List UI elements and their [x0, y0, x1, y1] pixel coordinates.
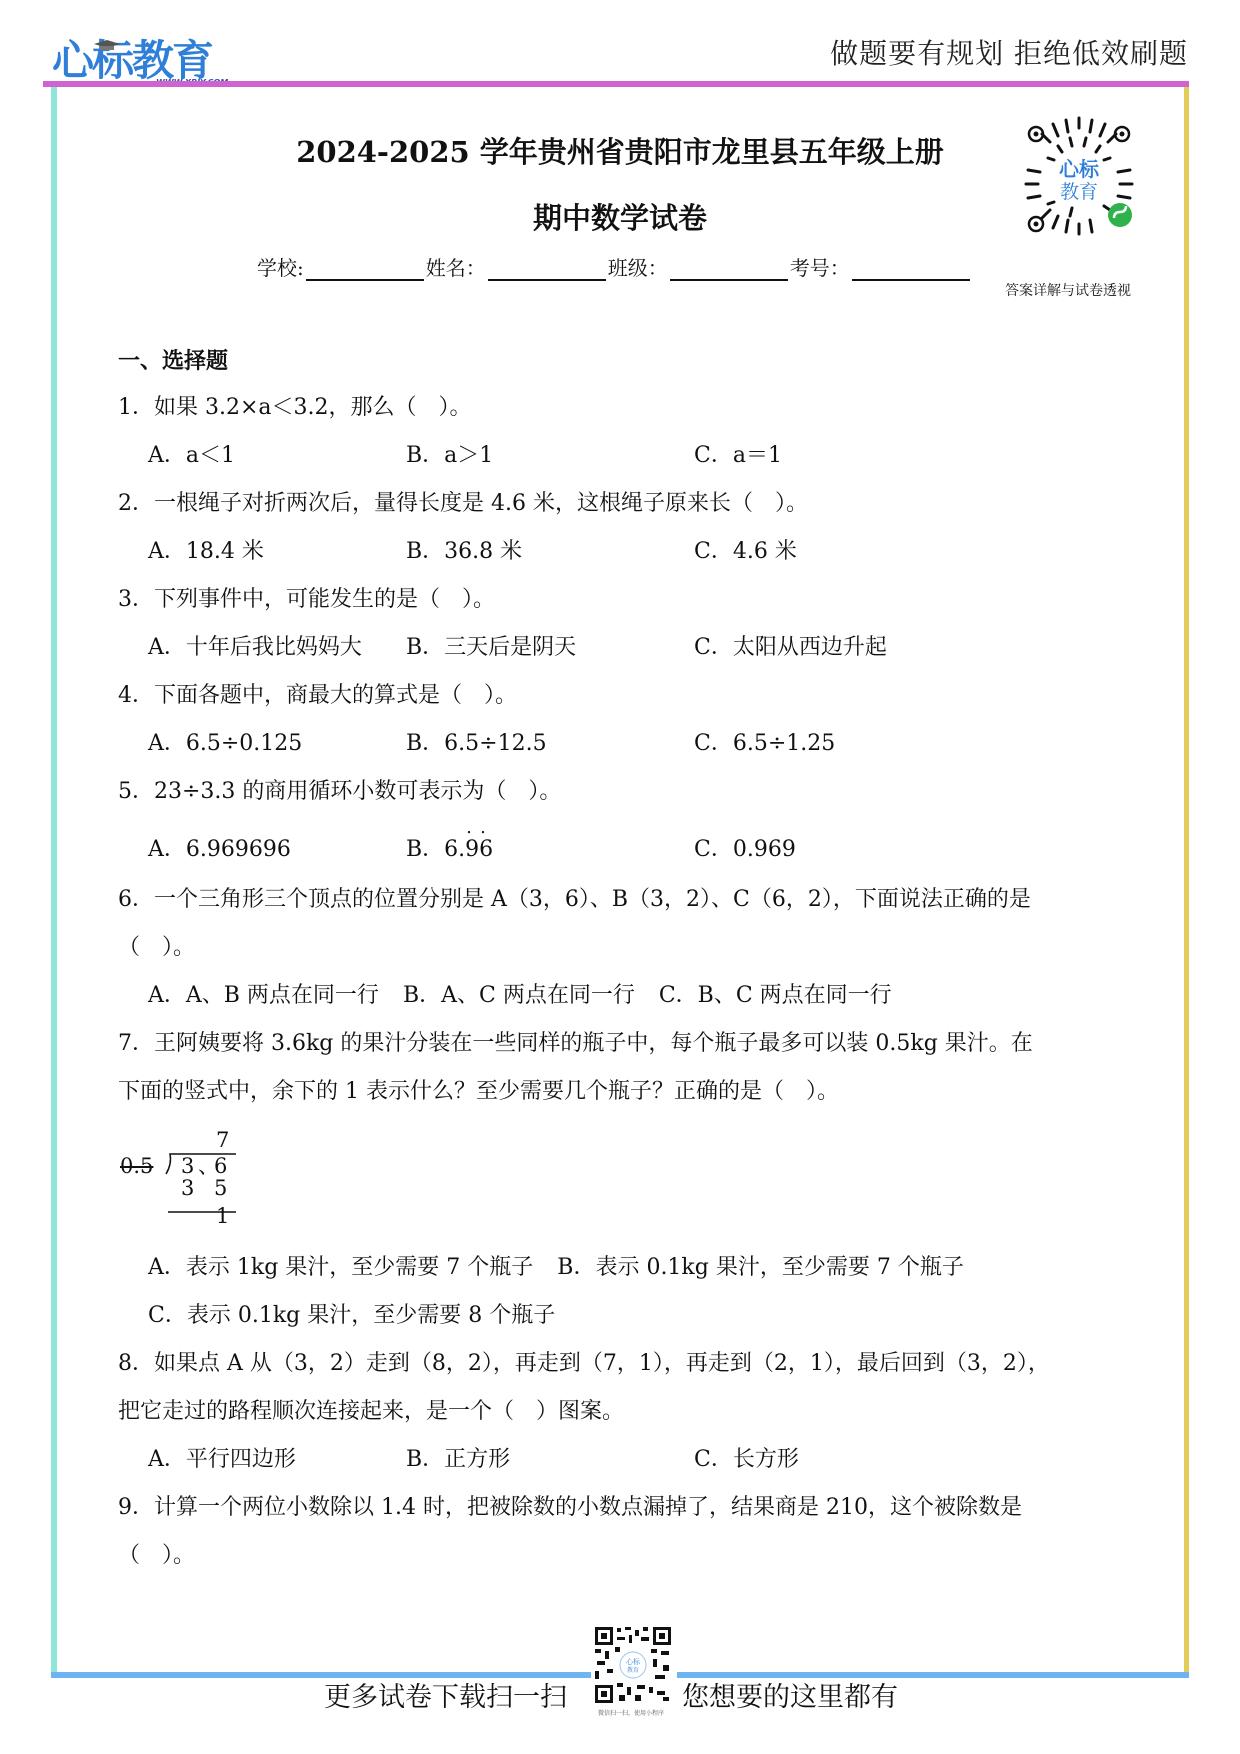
question-8-options: A．平行四边形 B．正方形 C．长方形 [118, 1436, 1138, 1484]
option-b[interactable]: B．正方形 [406, 1436, 694, 1484]
option-c[interactable]: C．B、C 两点在同一行 [659, 972, 892, 1020]
option-c[interactable]: C．太阳从西边升起 [694, 624, 887, 672]
option-b[interactable]: B．三天后是阴天 [406, 624, 694, 672]
option-c[interactable]: C．0.969 [694, 826, 796, 874]
option-b[interactable]: B．a＞1 [406, 432, 694, 480]
download-qr-code-icon[interactable]: 心标 教育 [593, 1625, 673, 1705]
question-7-options: A．表示 1kg 果汁，至少需要 7 个瓶子 B．表示 0.1kg 果汁，至少需… [118, 1244, 1138, 1292]
question-6: 6．一个三角形三个顶点的位置分别是 A（3，6）、B（3，2）、C（6，2），下… [118, 876, 1138, 924]
repeat-dot: 9 [465, 826, 479, 874]
question-7-options-row2: C．表示 0.1kg 果汁，至少需要 8 个瓶子 [118, 1292, 1138, 1340]
question-7-cont: 下面的竖式中，余下的 1 表示什么？至少需要几个瓶子？正确的是（ ）。 [118, 1068, 1138, 1116]
qr-caption: 答案详解与试卷透视 [1005, 280, 1131, 300]
question-5-options: A．6.969696 B．6.96 C．0.969 [118, 826, 1138, 874]
question-7: 7．王阿姨要将 3.6kg 的果汁分装在一些同样的瓶子中，每个瓶子最多可以装 0… [118, 1020, 1138, 1068]
question-3-options: A．十年后我比妈妈大 B．三天后是阴天 C．太阳从西边升起 [118, 624, 1138, 672]
question-9: 9．计算一个两位小数除以 1.4 时，把被除数的小数点漏掉了，结果商是 210，… [118, 1484, 1138, 1532]
repeat-dot: 6 [479, 826, 493, 874]
svg-text:教育: 教育 [627, 1666, 639, 1674]
school-field[interactable] [306, 257, 424, 281]
option-c[interactable]: C．长方形 [694, 1436, 799, 1484]
long-division-figure: 7 0.5 3 、 6 3 5 1 [118, 1120, 1138, 1228]
option-c[interactable]: C．表示 0.1kg 果汁，至少需要 8 个瓶子 [148, 1292, 555, 1340]
footer-left-text: 更多试卷下载扫一扫 [324, 1675, 567, 1714]
brand-logo: 心标教育 WWW.XBJY.COM [52, 28, 212, 84]
division-dividend-a: 3 [181, 1154, 194, 1178]
option-b[interactable]: B．36.8 米 [406, 528, 694, 576]
option-a[interactable]: A．6.969696 [148, 826, 406, 874]
option-c[interactable]: C．4.6 米 [694, 528, 797, 576]
question-6-options: A．A、B 两点在同一行 B．A、C 两点在同一行 C．B、C 两点在同一行 [118, 972, 1138, 1020]
question-8: 8．如果点 A 从（3，2）走到（8，2），再走到（7，1），再走到（2，1），… [118, 1340, 1138, 1388]
option-a[interactable]: A．A、B 两点在同一行 [148, 972, 379, 1020]
name-label: 姓名： [426, 252, 486, 281]
division-quotient: 7 [216, 1128, 229, 1152]
student-info-row: 学校: 姓名： 班级： 考号： [257, 252, 972, 281]
question-1-options: A．a＜1 B．a＞1 C．a＝1 [118, 432, 1138, 480]
question-9-cont: （ ）。 [118, 1532, 1138, 1580]
question-2: 2．一根绳子对折两次后，量得长度是 4.6 米，这根绳子原来长（ ）。 [118, 480, 1138, 528]
class-label: 班级： [608, 252, 668, 281]
option-a[interactable]: A．6.5÷0.125 [148, 720, 406, 768]
option-a[interactable]: A．十年后我比妈妈大 [148, 624, 406, 672]
option-a[interactable]: A．a＜1 [148, 432, 406, 480]
svg-text:心标: 心标 [626, 1657, 641, 1666]
exam-number-label: 考号： [790, 252, 850, 281]
option-a[interactable]: A．18.4 米 [148, 528, 406, 576]
header-slogan: 做题要有规划 拒绝低效刷题 [830, 32, 1188, 72]
option-a[interactable]: A．平行四边形 [148, 1436, 406, 1484]
question-8-cont: 把它走过的路程顺次连接起来，是一个（ ）图案。 [118, 1388, 1138, 1436]
division-divisor: 0.5 [120, 1154, 153, 1178]
section-title: 一、选择题 [118, 340, 1138, 384]
exam-number-field[interactable] [852, 257, 970, 281]
question-3: 3．下列事件中，可能发生的是（ ）。 [118, 576, 1138, 624]
option-a[interactable]: A．表示 1kg 果汁，至少需要 7 个瓶子 [148, 1244, 533, 1292]
option-b[interactable]: B．6.5÷12.5 [406, 720, 694, 768]
option-b[interactable]: B．表示 0.1kg 果汁，至少需要 7 个瓶子 [557, 1244, 964, 1292]
graduation-cap-icon [94, 40, 120, 50]
question-1: 1．如果 3.2×a＜3.2，那么（ ）。 [118, 384, 1138, 432]
qr-small-caption: 微信扫一扫，使用小程序 [598, 1708, 664, 1717]
question-4: 4．下面各题中，商最大的算式是（ ）。 [118, 672, 1138, 720]
division-product-a: 3 [181, 1176, 194, 1200]
option-b[interactable]: B．A、C 两点在同一行 [403, 972, 635, 1020]
class-field[interactable] [670, 257, 788, 281]
footer-right-text: 您想要的这里都有 [682, 1675, 898, 1714]
frame-right-border [1184, 87, 1189, 1678]
division-product-b: 5 [214, 1176, 227, 1200]
question-6-cont: （ ）。 [118, 924, 1138, 972]
division-dividend-b: 6 [214, 1154, 227, 1178]
option-c[interactable]: C．6.5÷1.25 [694, 720, 835, 768]
question-5: 5．23÷3.3 的商用循环小数可表示为（ ）。 [118, 768, 1138, 816]
question-2-options: A．18.4 米 B．36.8 米 C．4.6 米 [118, 528, 1138, 576]
frame-top-border [43, 81, 1189, 87]
frame-left-border [51, 87, 57, 1678]
option-b[interactable]: B．6.96 [406, 826, 694, 874]
svg-text:心标: 心标 [1059, 157, 1100, 181]
mini-program-qr-icon[interactable]: 心标 教育 [1010, 112, 1148, 250]
school-label: 学校: [257, 252, 304, 281]
question-4-options: A．6.5÷0.125 B．6.5÷12.5 C．6.5÷1.25 [118, 720, 1138, 768]
division-remainder: 1 [216, 1204, 229, 1228]
question-list: 一、选择题 1．如果 3.2×a＜3.2，那么（ ）。 A．a＜1 B．a＞1 … [118, 340, 1138, 1580]
option-c[interactable]: C．a＝1 [694, 432, 782, 480]
exam-title-line1: 2024-2025 学年贵州省贵阳市龙里县五年级上册 [296, 130, 944, 171]
name-field[interactable] [488, 257, 606, 281]
svg-text:教育: 教育 [1060, 181, 1098, 203]
